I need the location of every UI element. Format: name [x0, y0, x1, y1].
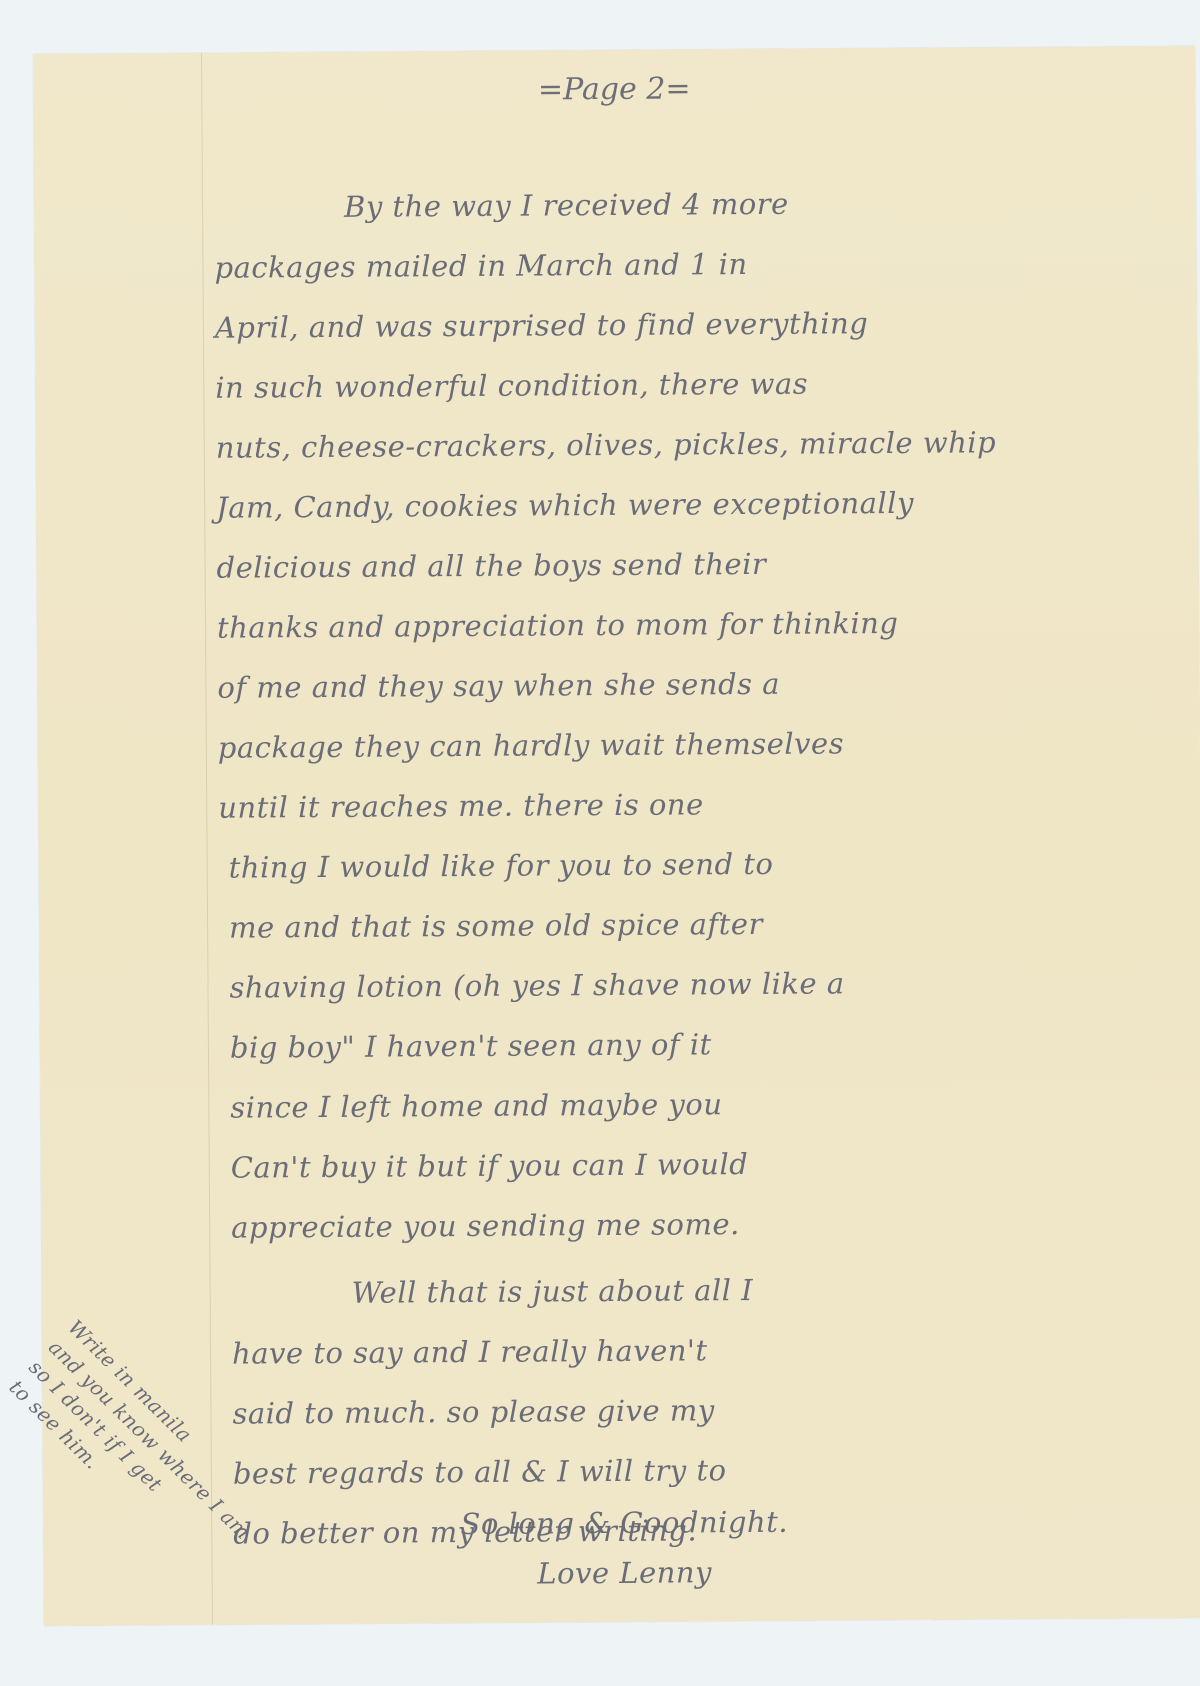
letter-line: of me and they say when she sends a: [217, 651, 1137, 717]
letter-line: in such wonderful condition, there was: [215, 351, 1135, 417]
letter-line: nuts, cheese-crackers, olives, pickles, …: [216, 411, 1136, 477]
letter-line: shaving lotion (oh yes I shave now like …: [219, 951, 1139, 1017]
letter-line: big boy" I haven't seen any of it: [220, 1011, 1140, 1077]
letter-paper: =Page 2= By the way I received 4 more pa…: [33, 46, 1200, 1626]
letter-line: April, and was surprised to find everyth…: [215, 291, 1135, 357]
letter-line: best regards to all & I will try to: [223, 1437, 1143, 1503]
letter-line: since I left home and maybe you: [220, 1071, 1140, 1137]
paper-fold-line: [201, 53, 213, 1625]
letter-line: Jam, Candy, cookies which were exception…: [216, 471, 1136, 537]
letter-line: package they can hardly wait themselves: [218, 711, 1138, 777]
letter-line: thing I would like for you to send to: [218, 831, 1138, 897]
letter-line: said to much. so please give my: [222, 1377, 1142, 1443]
letter-line: By the way I received 4 more: [214, 171, 1134, 237]
letter-line: until it reaches me. there is one: [218, 771, 1138, 837]
letter-line: have to say and I really haven't: [222, 1317, 1142, 1383]
letter-line: packages mailed in March and 1 in: [214, 231, 1134, 297]
letter-body: By the way I received 4 more packages ma…: [214, 171, 1144, 1563]
letter-line: Can't buy it but if you can I would: [221, 1131, 1141, 1197]
letter-line: thanks and appreciation to mom for think…: [217, 591, 1137, 657]
letter-line: me and that is some old spice after: [219, 891, 1139, 957]
letter-line: delicious and all the boys send their: [216, 531, 1136, 597]
page-heading: =Page 2=: [33, 68, 1195, 111]
letter-line: appreciate you sending me some.: [221, 1191, 1141, 1257]
letter-line: Well that is just about all I: [221, 1257, 1141, 1323]
